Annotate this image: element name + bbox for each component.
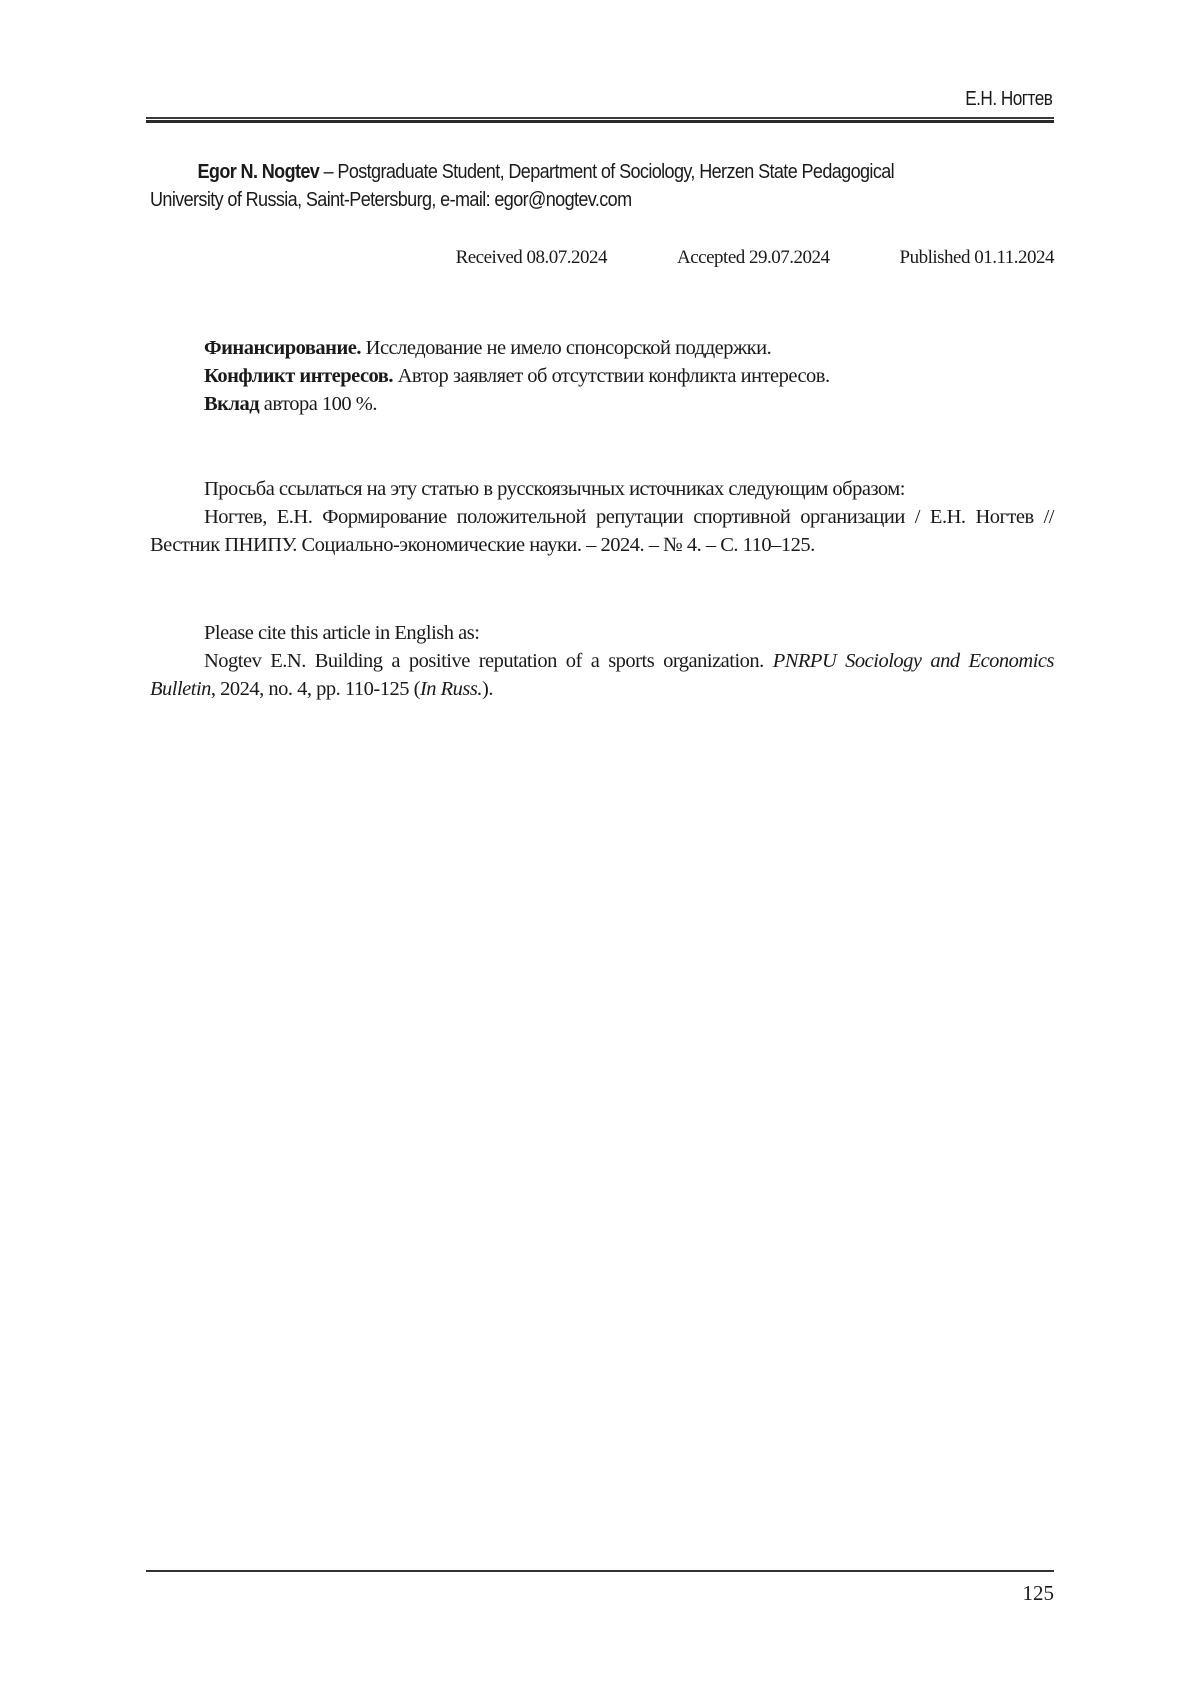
citation-english-intro: Please cite this article in English as:	[150, 619, 1054, 647]
header-rule-thick	[146, 120, 1054, 123]
header-rule	[146, 117, 1054, 123]
author-info-text: Egor N. Nogtev – Postgraduate Student, D…	[150, 158, 1054, 214]
citation-russian: Просьба ссылаться на эту статью в русско…	[150, 475, 1054, 559]
contribution-statement: Вклад автора 100 %.	[204, 390, 830, 418]
citation-english-language: In Russ.	[420, 678, 482, 700]
page-number: 125	[1023, 1581, 1055, 1606]
declarations: Финансирование. Исследование не имело сп…	[204, 334, 830, 418]
citation-english-middle: , 2024, no. 4, pp. 110-125 (	[211, 678, 420, 700]
author-info: Egor N. Nogtev – Postgraduate Student, D…	[150, 158, 1054, 214]
date-accepted: Accepted 29.07.2024	[677, 247, 829, 269]
contribution-text: автора 100 %.	[259, 393, 377, 415]
publication-dates: Received 08.07.2024Accepted 29.07.2024Pu…	[456, 247, 1054, 269]
author-name: Egor N. Nogtev	[198, 160, 320, 183]
author-description-line2: University of Russia, Saint-Petersburg, …	[150, 188, 631, 211]
funding-statement: Финансирование. Исследование не имело сп…	[204, 334, 830, 362]
footer-rule	[146, 1570, 1054, 1572]
funding-text: Исследование не имело спонсорской поддер…	[361, 337, 771, 359]
citation-russian-intro: Просьба ссылаться на эту статью в русско…	[150, 475, 1054, 503]
citation-english-start: Nogtev E.N. Building a positive reputati…	[204, 650, 773, 672]
conflict-label: Конфликт интересов.	[204, 365, 393, 387]
conflict-text: Автор заявляет об отсутствии конфликта и…	[393, 365, 830, 387]
citation-russian-reference: Ногтев, Е.Н. Формирование положительной …	[150, 503, 1054, 559]
conflict-statement: Конфликт интересов. Автор заявляет об от…	[204, 362, 830, 390]
citation-english: Please cite this article in English as: …	[150, 619, 1054, 703]
citation-english-end: ).	[482, 678, 493, 700]
citation-english-reference: Nogtev E.N. Building a positive reputati…	[150, 647, 1054, 703]
author-description-line1: – Postgraduate Student, Department of So…	[319, 160, 894, 183]
funding-label: Финансирование.	[204, 337, 361, 359]
contribution-label: Вклад	[204, 393, 259, 415]
header-rule-thin	[146, 117, 1054, 119]
date-published: Published 01.11.2024	[900, 247, 1055, 269]
date-received: Received 08.07.2024	[456, 247, 607, 269]
running-head: Е.Н. Ногтев	[965, 88, 1052, 111]
